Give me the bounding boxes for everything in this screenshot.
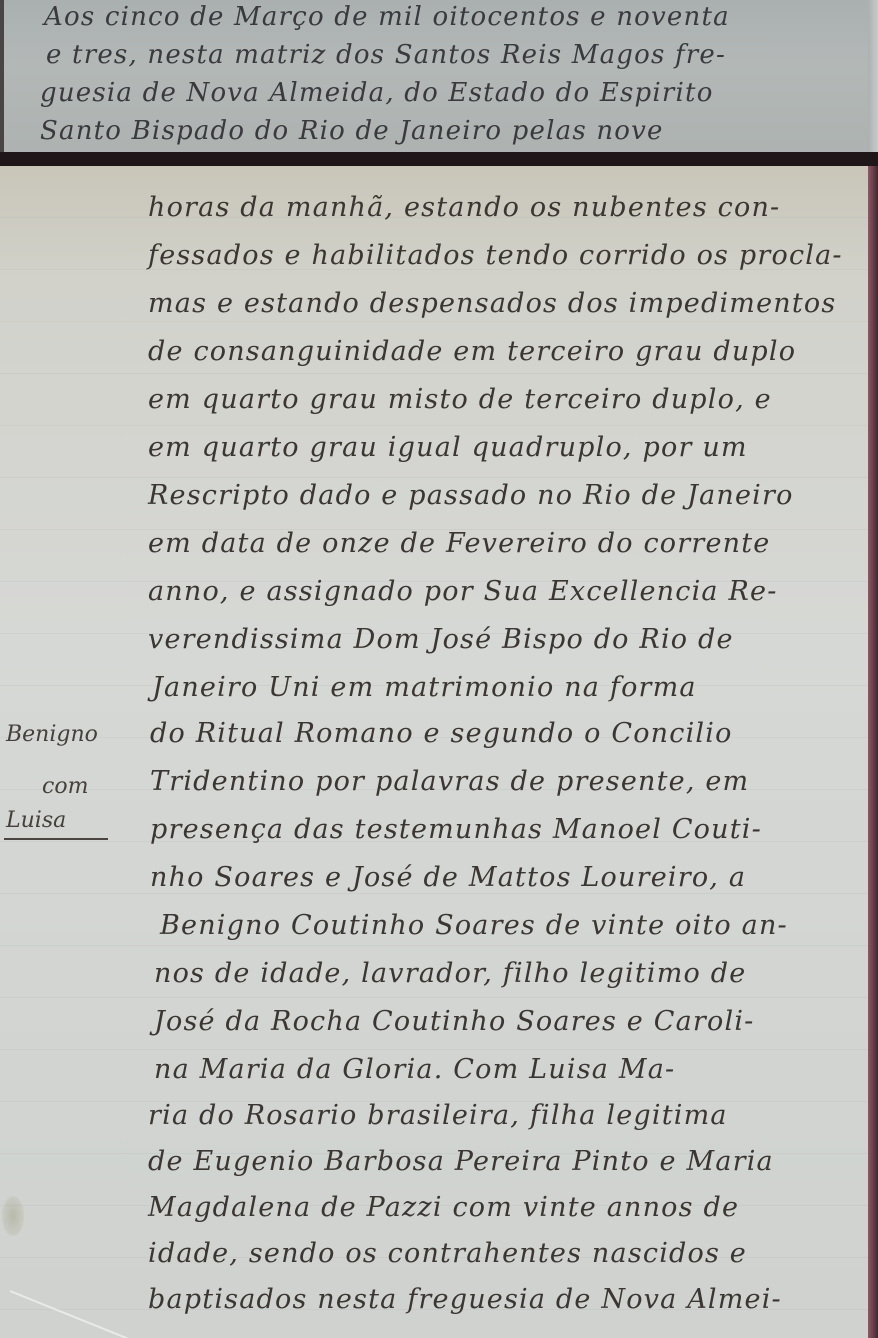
entry-line: em quarto grau misto de terceiro duplo, … bbox=[148, 384, 772, 415]
entry-line: em data de onze de Fevereiro do corrente bbox=[148, 528, 770, 559]
margin-note-bride: Luisa bbox=[6, 808, 66, 833]
strip-divider bbox=[0, 152, 878, 166]
entry-line: presença das testemunhas Manoel Couti- bbox=[150, 814, 762, 845]
entry-line: verendissima Dom José Bispo do Rio de bbox=[148, 624, 734, 655]
entry-line: Tridentino por palavras de presente, em bbox=[150, 766, 749, 797]
entry-line: anno, e assignado por Sua Excellencia Re… bbox=[148, 576, 778, 607]
paper-stain bbox=[2, 1196, 24, 1236]
entry-line: mas e estando despensados dos impediment… bbox=[148, 288, 836, 319]
entry-line: Benigno Coutinho Soares de vinte oito an… bbox=[160, 910, 788, 941]
margin-note-with: com bbox=[42, 774, 88, 799]
entry-line: Rescripto dado e passado no Rio de Janei… bbox=[148, 480, 794, 511]
entry-line: fessados e habilitados tendo corrido os … bbox=[148, 240, 843, 271]
top-strip-edge bbox=[868, 0, 878, 165]
binding-edge bbox=[868, 166, 878, 1338]
entry-line: José da Rocha Coutinho Soares e Caroli- bbox=[154, 1006, 755, 1037]
top-strip-line: guesia de Nova Almeida, do Estado do Esp… bbox=[40, 78, 714, 108]
entry-line: de consanguinidade em terceiro grau dupl… bbox=[148, 336, 796, 367]
margin-note-groom: Benigno bbox=[6, 722, 98, 747]
entry-line: horas da manhã, estando os nubentes con- bbox=[148, 192, 780, 223]
entry-line: nho Soares e José de Mattos Loureiro, a bbox=[150, 862, 746, 893]
entry-line: baptisados nesta freguesia de Nova Almei… bbox=[148, 1284, 782, 1315]
entry-line: idade, sendo os contrahentes nascidos e bbox=[148, 1238, 747, 1269]
top-strip-line: e tres, nesta matriz dos Santos Reis Mag… bbox=[46, 40, 726, 70]
entry-line: ria do Rosario brasileira, filha legitim… bbox=[148, 1100, 728, 1131]
top-photo-strip: Aos cinco de Março de mil oitocentos e n… bbox=[0, 0, 870, 160]
margin-note-underline bbox=[4, 838, 108, 840]
entry-line: Magdalena de Pazzi com vinte annos de bbox=[148, 1192, 739, 1223]
entry-line: em quarto grau igual quadruplo, por um bbox=[148, 432, 748, 463]
entry-line: do Ritual Romano e segundo o Concilio bbox=[150, 718, 733, 749]
entry-line: de Eugenio Barbosa Pereira Pinto e Maria bbox=[148, 1146, 774, 1177]
entry-line: Janeiro Uni em matrimonio na forma bbox=[152, 672, 697, 703]
top-strip-line: Aos cinco de Março de mil oitocentos e n… bbox=[44, 2, 730, 32]
entry-line: nos de idade, lavrador, filho legitimo d… bbox=[154, 958, 746, 989]
entry-line: na Maria da Gloria. Com Luisa Ma- bbox=[154, 1054, 675, 1085]
top-strip-line: Santo Bispado do Rio de Janeiro pelas no… bbox=[40, 116, 664, 146]
